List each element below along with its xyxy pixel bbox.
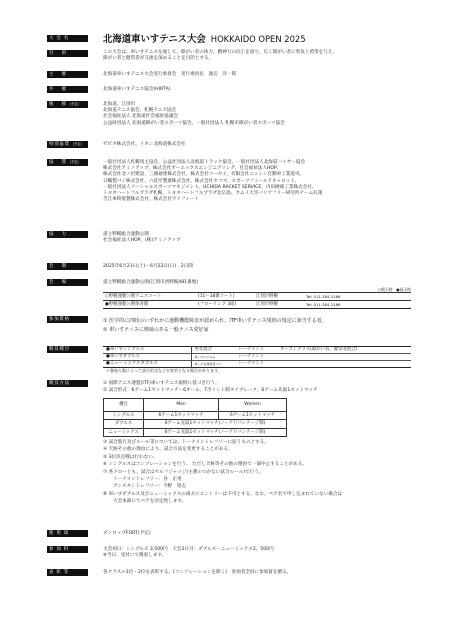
event-category: 車いす＆健常者ペア [191,361,235,368]
match-format-merged: 6ゲーム先取1セットマッチ(ノーアドバンテージ制) [144,428,287,436]
events-table: ●車いすシングルス 男女混合 トーナメント オープンクラス(障がい者、健常者混合… [103,346,411,368]
event-format: トーナメント [235,354,277,361]
events-note: ＊参加人数によって試合形式などが変更となる場合があります。 [103,368,433,373]
purpose-text: この大会は、車いすテニスを通して、障がい者の体力、精神力の向上を図り、広く障がい… [103,50,433,62]
events-table-wrap: ●車いすシングルス 男女混合 トーナメント オープンクラス(障がい者、健常者混合… [103,346,433,373]
label-fee: 参 加 料 [47,546,88,553]
special-sponsor-text: ゼビオ株式会社、イオン北海道株式会社 [103,141,433,148]
label-dates: 会 期 [47,263,88,270]
cooperation-line: 社会福祉法人HOP、(株)アミノアップ [103,238,433,244]
match-event: シングルス [104,411,144,419]
rules-item: ④ 天候その他の理由により、試合方法を変更することがある。 [103,446,433,453]
venue-text: 道立野幌総合運動公園(江別市西野幌481番地) [103,279,433,286]
event-classes [277,361,411,368]
match-event: ニューミックス [104,428,144,436]
venue-table: ○晴天時 ●雨天時 ○野幌運動公園テニスコート (11～18番コート) 江別市野… [103,287,411,309]
venue-name: ●野幌運動公園体育館 [103,301,198,308]
match-format-merged: 6ゲーム先取1セットマッチ(ノーアドバンテージ制) [144,420,287,428]
match-format-table: 種目 Men Women シングルス 6ゲーム1セットマッチ 6ゲーム1セットマ… [103,398,287,437]
match-table-row: ニューミックス 6ゲーム先取1セットマッチ(ノーアドバンテージ制) [104,428,287,436]
header-women: Women [219,398,287,411]
label-cooperation: 協 力 [47,231,88,238]
label-organizer: 主 催 [47,71,88,78]
label-venue: 会 場 [47,279,88,286]
match-men: 6ゲーム1セットマッチ [144,411,219,419]
title-english: HOKKAIDO OPEN 2025 [211,34,306,44]
organizer-text: 北海道車いすテニス大会実行委員会 実行委員長 渡辺 洋一郎 [103,71,433,78]
label-special-sponsor: 特別協賛(予定) [47,141,88,148]
label-note: (予定) [73,142,82,146]
label-sponsor: 協 賛(予定) [47,159,88,166]
divider [103,308,411,309]
label-support-text: 後 援 [49,102,67,107]
eligibility-item: ② 車いすテニスに興味のある一般テニス愛好家 [103,326,433,335]
rules-item: ⑥ シングルスはコンソレーションを行う。 ただし天候等その他の理由で一部中止する… [103,461,433,468]
tournament-referee: トーナメントレフリー：谷 正男 [103,476,433,483]
venue-city: 江別市野幌 [256,301,306,308]
label-ball: 使 用 球 [47,530,88,537]
label-support: 後 援(予定) [47,101,88,108]
events-row: ●車いすシングルス 男女混合 トーナメント オープンクラス(障がい者、健常者混合… [103,347,411,354]
tournament-title: 北海道車いすテニス大会HOKKAIDO OPEN 2025 [103,34,433,45]
cohost-text: 北海道車いすテニス協会(HWTA) [103,86,433,93]
events-row: ●ニューミックスダブルス 車いす＆健常者ペア トーナメント [103,361,411,368]
event-name: ●車いすシングルス [103,347,191,354]
label-awards: 表 彰 等 [47,569,88,576]
eligibility-item: ① 医学的に四肢のいずれかに運動機能障害が認められ、ITF車いすテニス規則の規定… [103,317,433,326]
event-category: 男女混合 [191,347,235,354]
fee-line: ※当日、受付にて徴収します。 [103,553,433,559]
event-format: トーナメント [235,361,277,368]
venue-courts: (11～18番コート) [198,293,256,300]
event-name: ●車いすダブルス [103,354,191,361]
purpose-line: 障がい者と健常者が交流を深めることを目的とする。 [103,56,433,62]
venue-tel: Tel: 011-384-2166 [306,301,340,308]
venue-name: ○野幌運動公園テニスコート [103,293,198,300]
label-eligibility: 参加資格 [47,316,88,323]
venue-row: ●野幌運動公園体育館 (フローリング 3面) 江別市野幌 Tel: 011-38… [103,301,411,308]
awards-text: 各クラスの1位・2位を表彰する。(コンソレーションを除く) 参加者全員に参加賞を… [103,569,433,576]
eligibility-list: ① 医学的に四肢のいずれかに運動機能障害が認められ、ITF車いすテニス規則の規定… [103,317,433,335]
label-cohost: 共 催 [47,86,88,93]
event-category: 車いすペアのみ [191,354,235,361]
cooperation-list: 道立野幌総合運動公園 社会福祉法人HOP、(株)アミノアップ [103,232,433,244]
match-table-row: ダブルス 6ゲーム先取1セットマッチ(ノーアドバンテージ制) [104,420,287,428]
title-japanese: 北海道車いすテニス大会 [103,34,206,45]
dates-text: 2025年6月21日(土)～6月22日(日) 2日間 [103,263,433,270]
match-table-header: 種目 Men Women [104,398,287,411]
rules-item-cont: 大会本部にてペアを決定致します。 [103,498,433,505]
rules-body: ① 国際テニス連盟(ITF)車いすテニス規則に基づき行う。 ② 試合形式 6ゲー… [103,380,433,506]
fee-text: 大会初日：シングルス 3,500円 大会2日目：ダブルス・ニューミックス2，50… [103,547,433,559]
label-events: 競技種目 [47,346,88,353]
support-line: 公益財団法人 北海道障がい者スポーツ協会、一般社団法人 札幌市障がい者スポーツ協… [103,121,433,127]
match-event: ダブルス [104,420,144,428]
label-note: (予定) [70,102,79,106]
event-classes: オープンクラス(障がい者、健常者混合) [277,347,411,354]
venue-city: 江別市野幌 [256,293,306,300]
label-note: (予定) [70,160,79,164]
venue-row: ○野幌運動公園テニスコート (11～18番コート) 江別市野幌 Tel: 011… [103,293,411,300]
rules-item: ⑤ 3位決定戦は行わない。 [103,454,433,461]
header-men: Men [144,398,219,411]
rules-item: ② 試合形式 6ゲーム1セットマッチ－6オール、7ポイント制タイブレーク、6ゲー… [103,387,433,394]
event-name: ●ニューミックスダブルス [103,361,191,368]
event-classes [277,354,411,361]
event-format: トーナメント [235,347,277,354]
sponsor-list: 一般社団法人札幌馬主協会、公益社団法人北海道トラック協会、一般社団法人北海道ハイ… [103,160,433,203]
support-list: 北海道、江別市 北海道テニス協会、札幌テニス協会 社会福祉法人 北海道社会福祉協… [103,102,433,127]
sponsor-line: 苫江車椅電製株式会社、株式会社ライフィート [103,197,433,203]
rules-item: ⑧ 車いすダブルス及びニューミックスの両方にエントリーは不可とする。なお、ペア名… [103,491,433,498]
venue-courts: (フローリング 3面) [198,301,256,308]
label-special-sponsor-text: 特別協賛 [49,142,70,147]
label-purpose: 目 的 [47,50,88,57]
venue-tel: Tel: 011-384-2166 [306,293,340,300]
label-tournament-name: 大 会 名 [47,35,88,42]
assistant-referee: アシスタントレフリー：今野 望志 [103,483,433,490]
ball-text: ダンロップFORT(予定) [103,530,433,537]
rules-item: ③ 試合進行及びルール等については、トーナメントレフリーに従うものとする。 [103,439,433,446]
rules-item: ⑦ 各ドローとも、試合はセルフジャッジ(主審のつかない試合ルール)で行う。 [103,469,433,476]
header-event: 種目 [104,398,144,411]
match-table-row: シングルス 6ゲーム1セットマッチ 6ゲーム1セットマッチ [104,411,287,419]
rules-item: ① 国際テニス連盟(ITF)車いすテニス規則に基づき行う。 [103,380,433,387]
events-row: ●車いすダブルス 車いすペアのみ トーナメント [103,354,411,361]
match-women: 6ゲーム1セットマッチ [219,411,287,419]
label-sponsor-text: 協 賛 [49,160,67,165]
label-rules: 競技方法 [47,380,88,387]
